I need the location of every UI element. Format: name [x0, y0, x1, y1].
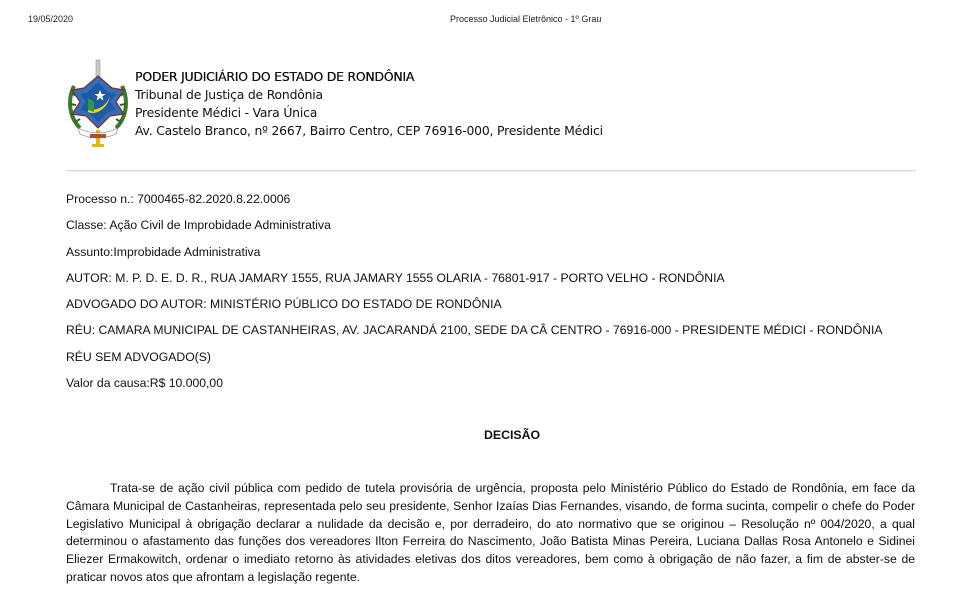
- decision-title: DECISÃO: [0, 428, 960, 442]
- case-class: Classe: Ação Civil de Improbidade Admini…: [66, 218, 926, 244]
- rondonia-coat-of-arms-icon: [66, 58, 130, 150]
- print-date: 19/05/2020: [28, 14, 73, 24]
- print-title: Processo Judicial Eletrônico - 1º Grau: [450, 14, 601, 24]
- decision-paragraph: Trata-se de ação civil pública com pedid…: [66, 480, 915, 587]
- case-value: Valor da causa:R$ 10.000,00: [66, 376, 926, 402]
- header-divider: [66, 170, 916, 171]
- court-unit: Presidente Médici - Vara Única: [135, 104, 695, 122]
- case-plaintiff: AUTOR: M. P. D. E. D. R., RUA JAMARY 155…: [66, 271, 926, 297]
- court-address: Av. Castelo Branco, nº 2667, Bairro Cent…: [135, 122, 695, 140]
- defendant-lawyer: RÉU SEM ADVOGADO(S): [66, 350, 926, 376]
- case-number: Processo n.: 7000465-82.2020.8.22.0006: [66, 192, 926, 218]
- case-subject: Assunto:Improbidade Administrativa: [66, 245, 926, 271]
- case-info: Processo n.: 7000465-82.2020.8.22.0006 C…: [66, 192, 926, 402]
- court-name: Tribunal de Justiça de Rondônia: [135, 86, 695, 104]
- plaintiff-lawyer: ADVOGADO DO AUTOR: MINISTÉRIO PÚBLICO DO…: [66, 297, 926, 323]
- case-defendant: RÉU: CAMARA MUNICIPAL DE CASTANHEIRAS, A…: [66, 323, 926, 349]
- organization-name: PODER JUDICIÁRIO DO ESTADO DE RONDÔNIA: [135, 68, 695, 86]
